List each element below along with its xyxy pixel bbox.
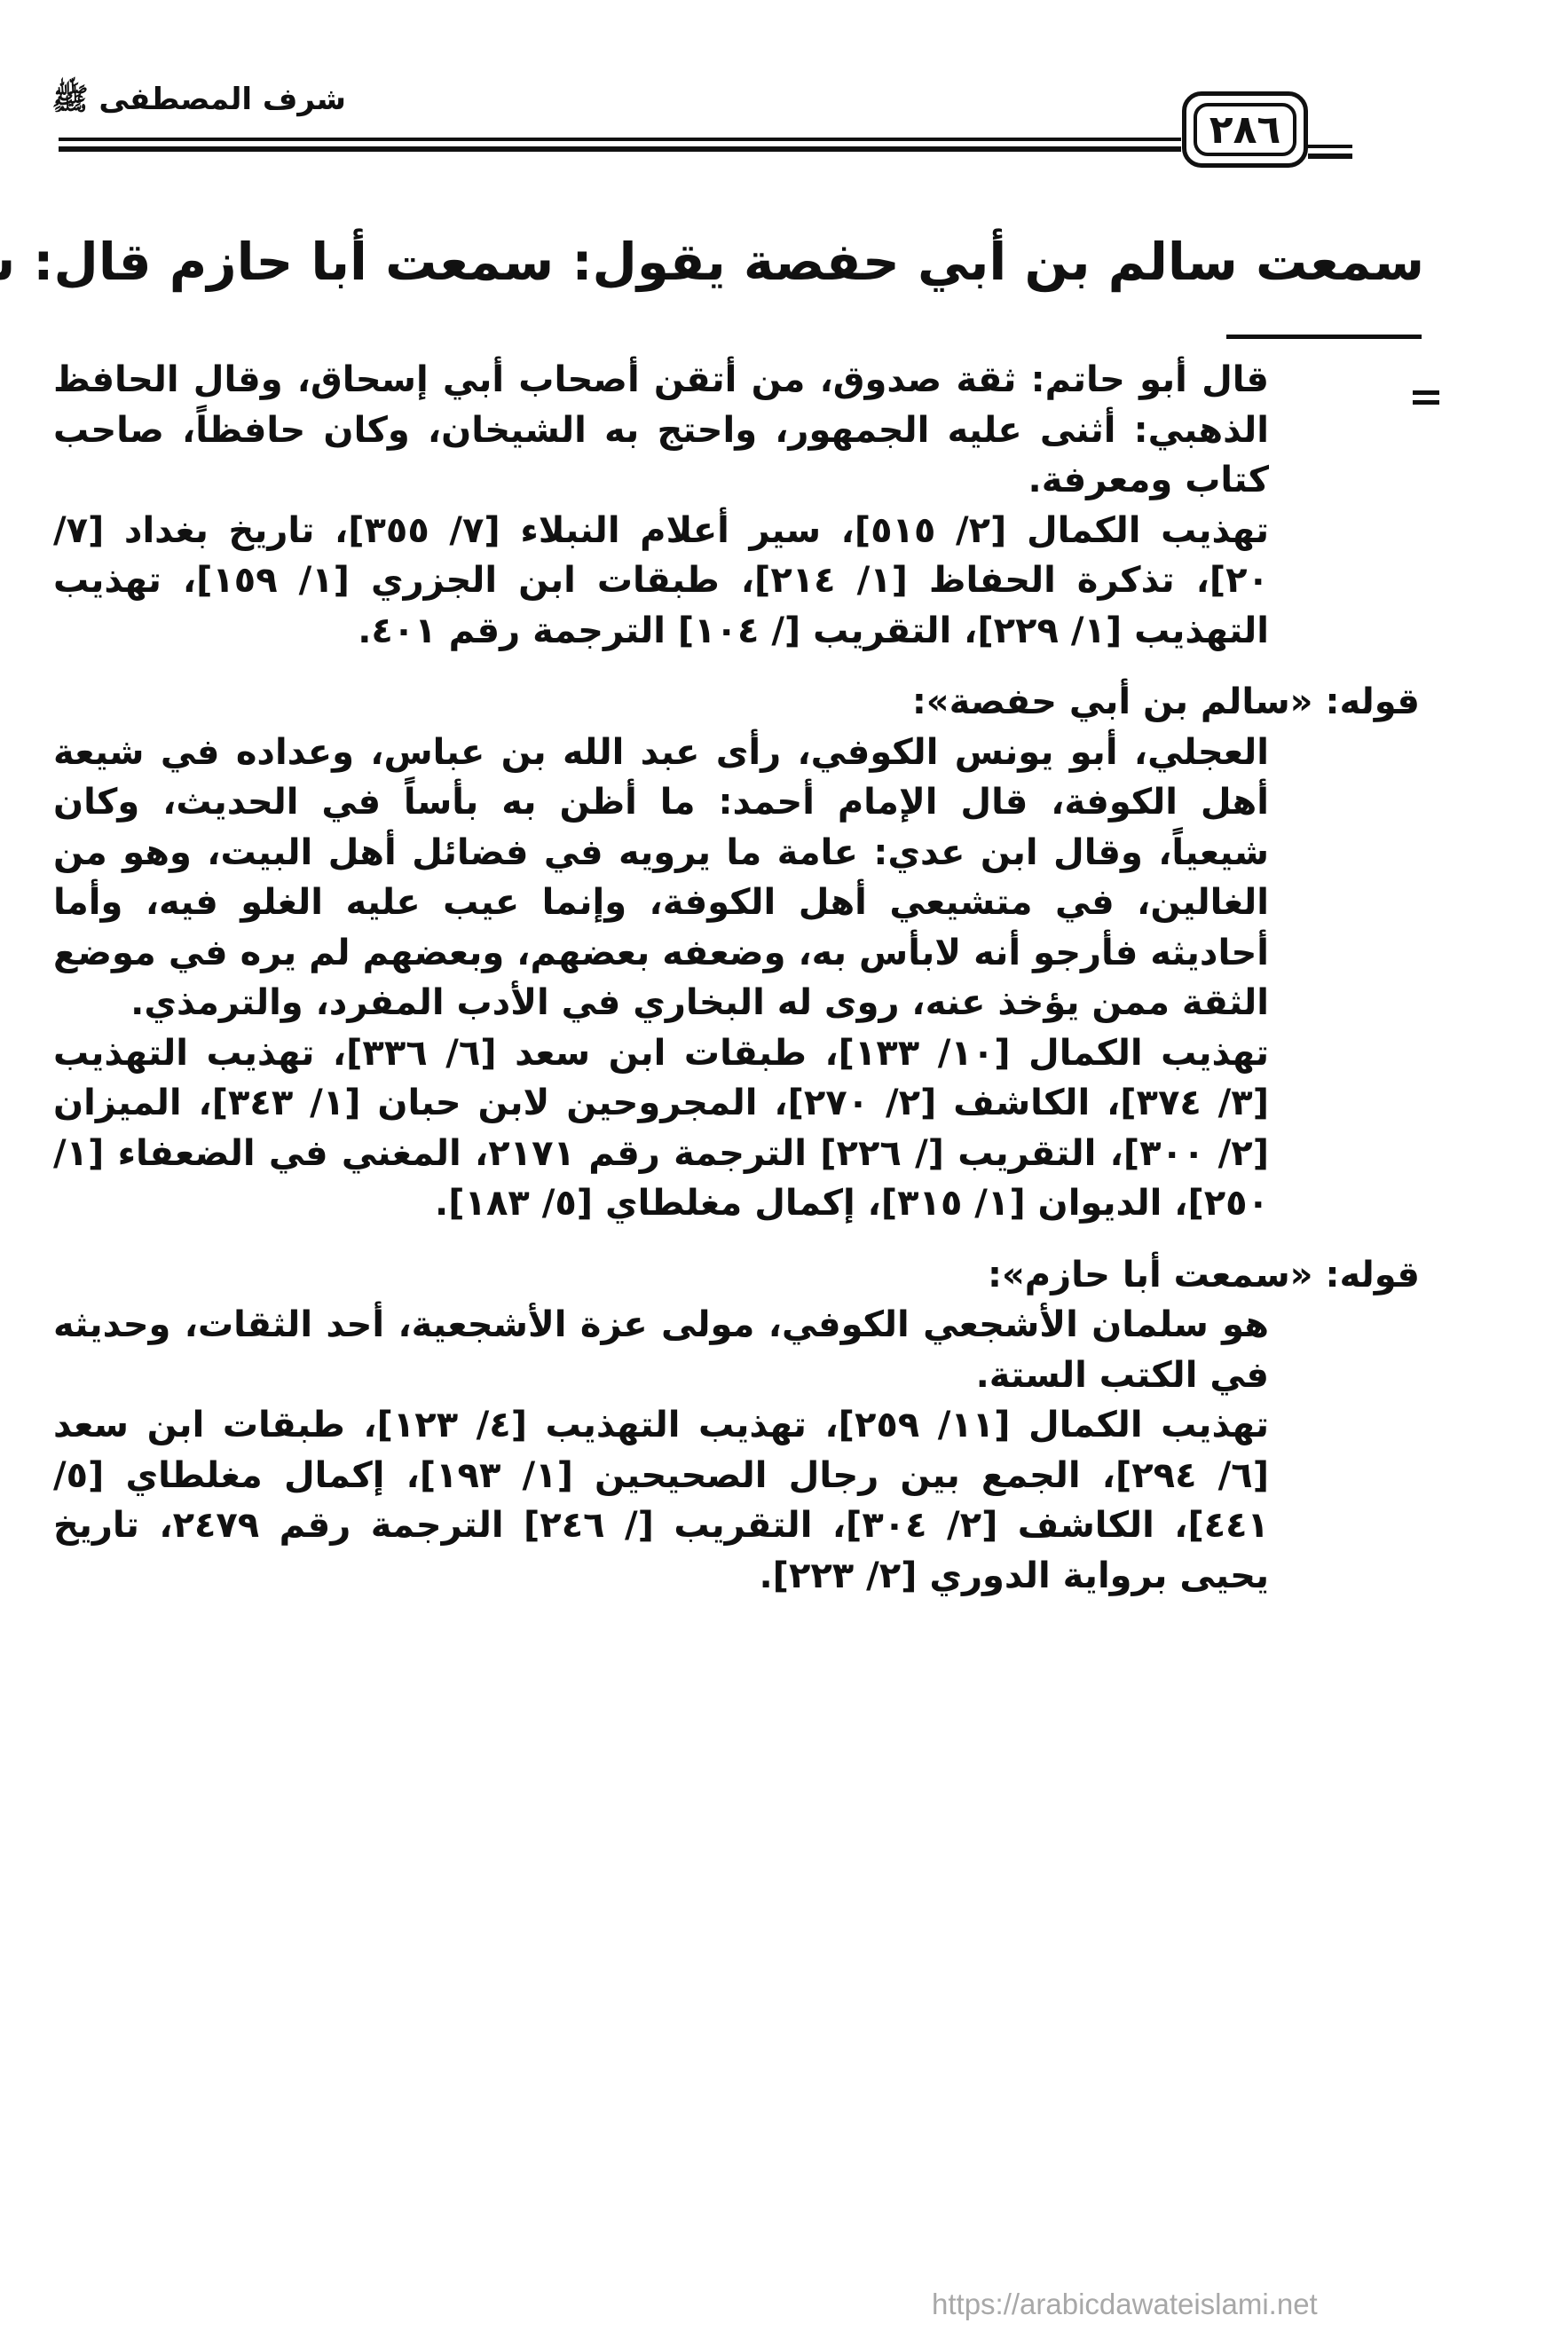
header-rule-bottom xyxy=(59,146,1181,152)
footnote-1: قال أبو حاتم: ثقة صدوق، من أتقن أصحاب أب… xyxy=(53,355,1269,656)
header-rule-right-bottom xyxy=(1308,154,1352,159)
running-title: شرف المصطفى ﷺ xyxy=(53,82,346,117)
header-rule-top xyxy=(59,138,1181,141)
footnotes: قال أبو حاتم: ثقة صدوق، من أتقن أصحاب أب… xyxy=(53,355,1269,1618)
watermark-url: https://arabicdawateislami.net xyxy=(932,2288,1318,2321)
header-rule-right-top xyxy=(1308,145,1352,148)
footnote-2-heading: قوله: «سالم بن أبي حفصة»: xyxy=(53,677,1420,728)
footnote-3-refs: تهذيب الكمال [١١/ ٢٥٩]، تهذيب التهذيب [٤… xyxy=(53,1400,1269,1601)
hadith-chain-text: سمعت سالم بن أبي حفصة يقول: سمعت أبا حاز… xyxy=(53,226,1424,297)
page-number: ٢٨٦ xyxy=(1194,103,1296,156)
footnote-3-label: قوله: xyxy=(1325,1255,1420,1296)
footnote-1-refs: تهذيب الكمال [٢/ ٥١٥]، سير أعلام النبلاء… xyxy=(53,506,1269,657)
footnote-2-label: قوله: xyxy=(1325,681,1420,722)
footnote-2: قوله: «سالم بن أبي حفصة»: العجلي، أبو يو… xyxy=(53,677,1269,1229)
footnote-1-bio: قال أبو حاتم: ثقة صدوق، من أتقن أصحاب أب… xyxy=(53,355,1269,506)
footnote-2-bio: العجلي، أبو يونس الكوفي، رأى عبد الله بن… xyxy=(53,728,1269,1028)
footnote-3-quote: «سمعت أبا حازم»: xyxy=(988,1255,1313,1296)
footnote-3-bio: هو سلمان الأشجعي الكوفي، مولى عزة الأشجع… xyxy=(53,1300,1269,1400)
footnote-2-quote: «سالم بن أبي حفصة»: xyxy=(912,681,1313,722)
footnote-3: قوله: «سمعت أبا حازم»: هو سلمان الأشجعي … xyxy=(53,1250,1269,1602)
book-page: شرف المصطفى ﷺ ٢٨٦ سمعت سالم بن أبي حفصة … xyxy=(0,0,1568,2339)
footnote-2-refs: تهذيب الكمال [١٠/ ١٣٣]، طبقات ابن سعد [٦… xyxy=(53,1028,1269,1229)
page-number-frame: ٢٨٦ xyxy=(1182,91,1308,168)
continuation-mark-icon xyxy=(1413,390,1439,408)
footnote-3-heading: قوله: «سمعت أبا حازم»: xyxy=(53,1250,1420,1301)
footnote-separator xyxy=(1226,335,1422,339)
